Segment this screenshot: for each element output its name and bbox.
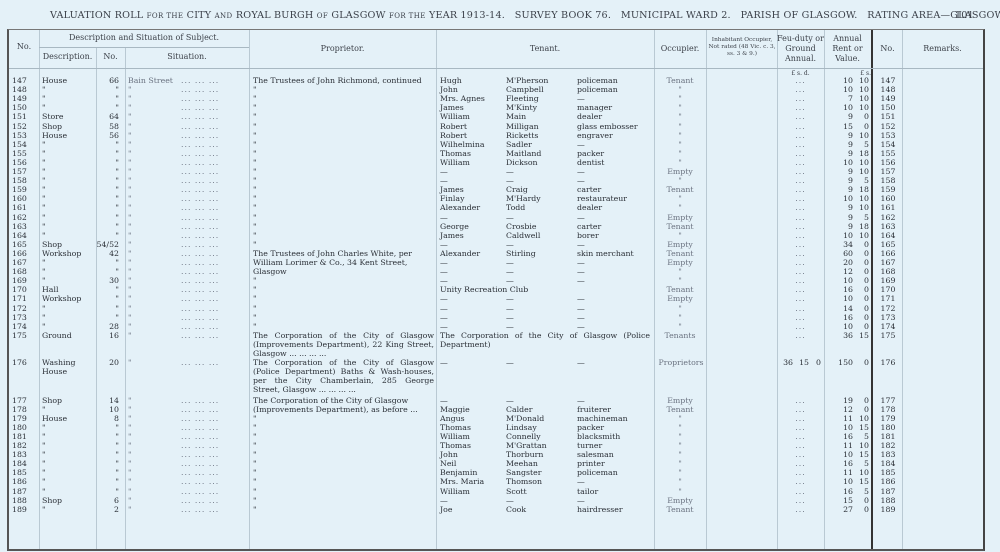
tenant-surname: — (506, 276, 576, 285)
description: " (42, 405, 96, 414)
row-number: 159 (12, 185, 38, 194)
tenant-occupation: dealer (577, 112, 643, 121)
proprietor: The Trustees of John Richmond, continued (253, 76, 434, 85)
row-number-right: 171 (874, 294, 902, 303)
feu-duty: ... (777, 423, 824, 432)
tenant-surname: — (506, 213, 576, 222)
description: " (42, 423, 96, 432)
row-number-right: 151 (874, 112, 902, 121)
description: " (42, 450, 96, 459)
tenant-surname: Crosbie (506, 222, 576, 231)
annual-shillings: 0 (853, 112, 869, 121)
annual-pounds: 7 (824, 94, 853, 103)
feu-duty: ... (777, 185, 824, 194)
description: " (42, 194, 96, 203)
description: " (42, 103, 96, 112)
situation: " (128, 304, 178, 313)
occupier: Tenant (656, 76, 704, 85)
tenant-first-name: — (440, 267, 510, 276)
occupier: Empty (656, 213, 704, 222)
annual-pounds: 11 (824, 468, 853, 477)
situation: " (128, 258, 178, 267)
tenant-surname: Milligan (506, 122, 576, 131)
row-number: 151 (12, 112, 38, 121)
feu-duty: ... (777, 149, 824, 158)
annual-shillings: 0 (853, 285, 869, 294)
tenant-surname: Calder (506, 405, 576, 414)
tenant-surname: — (506, 322, 576, 331)
street-number: " (95, 441, 119, 450)
proprietor: " (253, 313, 434, 322)
row-number-right: 186 (874, 477, 902, 486)
situation: " (128, 313, 178, 322)
description: Shop (42, 122, 96, 131)
tenant-first-name: Robert (440, 131, 510, 140)
annual-pounds: 16 (824, 459, 853, 468)
feu-duty: ... (777, 76, 824, 85)
annual-pounds: 16 (824, 285, 853, 294)
dot-leader: ... ... ... (181, 249, 247, 258)
occupier: " (656, 231, 704, 240)
annual-pounds: 34 (824, 240, 853, 249)
tenant-occupation: machineman (577, 414, 643, 423)
row-number: 148 (12, 85, 38, 94)
annual-pounds: 12 (824, 267, 853, 276)
dot-leader: ... ... ... (181, 496, 247, 505)
tenant-first-name: James (440, 103, 510, 112)
tenant-first-name: Joe (440, 505, 510, 514)
feu-duty: ... (777, 231, 824, 240)
tenant-occupation: — (577, 140, 643, 149)
occupier: " (656, 122, 704, 131)
dot-leader: ... ... ... (181, 423, 247, 432)
proprietor: " (253, 285, 434, 294)
occupier: " (656, 203, 704, 212)
annual-shillings: 0 (853, 276, 869, 285)
annual-shillings: 0 (853, 358, 869, 367)
occupier: Empty (656, 167, 704, 176)
row-number-right: 174 (874, 322, 902, 331)
feu-duty: ... (777, 294, 824, 303)
dot-leader: ... ... ... (181, 112, 247, 121)
dot-leader: ... ... ... (181, 313, 247, 322)
situation: " (128, 285, 178, 294)
occupier: Tenant (656, 249, 704, 258)
occupier: Empty (656, 496, 704, 505)
title-part: FOR THE (147, 12, 184, 20)
feu-duty: ... (777, 331, 824, 340)
tenant-first-name: Finlay (440, 194, 510, 203)
street-number: 66 (95, 76, 119, 85)
annual-pounds: 10 (824, 450, 853, 459)
situation: " (128, 267, 178, 276)
tenant-occupation: printer (577, 459, 643, 468)
feu-duty: ... (777, 167, 824, 176)
annual-shillings: 0 (853, 249, 869, 258)
situation: Bain Street (128, 76, 178, 85)
description: " (42, 149, 96, 158)
proprietor: The Corporation of the City of Glasgow (253, 396, 434, 405)
feu-duty: ... (777, 103, 824, 112)
annual-shillings: 0 (853, 122, 869, 131)
street-number: 64 (95, 112, 119, 121)
street-number: " (95, 432, 119, 441)
dot-leader: ... ... ... (181, 167, 247, 176)
row-number-right: 147 (874, 76, 902, 85)
row-number: 155 (12, 149, 38, 158)
street-number: " (95, 423, 119, 432)
annual-pounds: 9 (824, 203, 853, 212)
dot-leader: ... ... ... (181, 450, 247, 459)
annual-pounds: 10 (824, 322, 853, 331)
street-number: 6 (95, 496, 119, 505)
situation: " (128, 240, 178, 249)
occupier: " (656, 450, 704, 459)
dot-leader: ... ... ... (181, 203, 247, 212)
situation: " (128, 167, 178, 176)
annual-shillings: 5 (853, 140, 869, 149)
row-number-right: 150 (874, 103, 902, 112)
tenant-occupation: engraver (577, 131, 643, 140)
header-divider (39, 47, 249, 48)
description: " (42, 167, 96, 176)
street-number: " (95, 487, 119, 496)
street-number: " (95, 231, 119, 240)
dot-leader: ... ... ... (181, 459, 247, 468)
occupier: Tenant (656, 405, 704, 414)
proprietor: " (253, 131, 434, 140)
tenant-occupation: dentist (577, 158, 643, 167)
proprietor: " (253, 450, 434, 459)
occupier: Tenant (656, 222, 704, 231)
description: " (42, 441, 96, 450)
title-part: GLASGOW (331, 10, 385, 21)
row-number-right: 183 (874, 450, 902, 459)
proprietor: " (253, 167, 434, 176)
street-number: 30 (95, 276, 119, 285)
occupier: " (656, 103, 704, 112)
tenant-occupation: — (577, 294, 643, 303)
annual-shillings: 0 (853, 496, 869, 505)
feu-duty: ... (777, 222, 824, 231)
annual-shillings: 5 (853, 459, 869, 468)
annual-pounds: 150 (824, 358, 853, 367)
tenant-first-name: — (440, 213, 510, 222)
annual-shillings: 15 (853, 331, 869, 340)
col-header-no: No. (9, 42, 39, 52)
description: House (42, 414, 96, 423)
row-number-right: 179 (874, 414, 902, 423)
annual-pounds: 10 (824, 76, 853, 85)
dot-leader: ... ... ... (181, 285, 247, 294)
tenant-first-name: George (440, 222, 510, 231)
tenant-occupation: — (577, 258, 643, 267)
annual-shillings: 10 (853, 94, 869, 103)
row-number: 184 (12, 459, 38, 468)
row-number: 164 (12, 231, 38, 240)
tenant-surname: Campbell (506, 85, 576, 94)
row-number-right: 180 (874, 423, 902, 432)
street-number: " (95, 477, 119, 486)
annual-shillings: 10 (853, 194, 869, 203)
situation: " (128, 213, 178, 222)
occupier: " (656, 149, 704, 158)
row-number-right: 164 (874, 231, 902, 240)
row-number-right: 181 (874, 432, 902, 441)
tenant-occupation: — (577, 276, 643, 285)
tenant-first-name: James (440, 185, 510, 194)
row-number: 163 (12, 222, 38, 231)
row-number-right: 184 (874, 459, 902, 468)
description: Shop (42, 496, 96, 505)
dot-leader: ... ... ... (181, 76, 247, 85)
row-number-right: 182 (874, 441, 902, 450)
annual-shillings: 10 (853, 85, 869, 94)
parish: PARISH OF GLASGOW. (741, 10, 858, 21)
tenant-surname: — (506, 258, 576, 267)
row-number: 189 (12, 505, 38, 514)
dot-leader: ... ... ... (181, 405, 247, 414)
row-number: 153 (12, 131, 38, 140)
col-header-no-right: No. (873, 44, 902, 54)
annual-pounds: 27 (824, 505, 853, 514)
annual-shillings: 0 (853, 313, 869, 322)
tenant-surname: Connelly (506, 432, 576, 441)
feu-duty: ... (777, 396, 824, 405)
tenant-surname: — (506, 358, 576, 367)
occupier: Tenant (656, 505, 704, 514)
tenant-first-name: — (440, 294, 510, 303)
street-number: " (95, 222, 119, 231)
row-number: 152 (12, 122, 38, 131)
situation: " (128, 231, 178, 240)
proprietor: " (253, 496, 434, 505)
proprietor: " (253, 194, 434, 203)
dot-leader: ... ... ... (181, 103, 247, 112)
situation: " (128, 249, 178, 258)
tenant-first-name: Alexander (440, 249, 510, 258)
occupier: " (656, 94, 704, 103)
annual-shillings: 0 (853, 405, 869, 414)
annual-shillings: 18 (853, 185, 869, 194)
occupier: " (656, 487, 704, 496)
street-number: " (95, 313, 119, 322)
tenant-surname: M'Pherson (506, 76, 576, 85)
dot-leader: ... ... ... (181, 487, 247, 496)
tenant-occupation: dealer (577, 203, 643, 212)
row-number: 165 (12, 240, 38, 249)
street-number: 14 (95, 396, 119, 405)
row-number-right: 154 (874, 140, 902, 149)
situation: " (128, 176, 178, 185)
proprietor: " (253, 505, 434, 514)
tenant-surname: Sangster (506, 468, 576, 477)
tenant-first-name: Robert (440, 122, 510, 131)
annual-shillings: 10 (853, 441, 869, 450)
dot-leader: ... ... ... (181, 194, 247, 203)
proprietor: " (253, 222, 434, 231)
situation: " (128, 140, 178, 149)
tenant-occupation: — (577, 358, 643, 367)
description: " (42, 304, 96, 313)
description: " (42, 267, 96, 276)
description: Shop (42, 396, 96, 405)
situation: " (128, 294, 178, 303)
row-number-right: 165 (874, 240, 902, 249)
occupier: " (656, 267, 704, 276)
row-number-right: 178 (874, 405, 902, 414)
description: Shop (42, 240, 96, 249)
row-number: 175 (12, 331, 38, 340)
dot-leader: ... ... ... (181, 240, 247, 249)
tenant-first-name: — (440, 358, 510, 367)
tenant-occupation: turner (577, 441, 643, 450)
feu-duty: ... (777, 414, 824, 423)
occupier: Empty (656, 240, 704, 249)
col-divider (39, 30, 40, 549)
annual-shillings: 10 (853, 158, 869, 167)
row-number: 181 (12, 432, 38, 441)
title-part: VALUATION ROLL (50, 10, 143, 21)
annual-pounds: 9 (824, 176, 853, 185)
dot-leader: ... ... ... (181, 505, 247, 514)
situation: " (128, 468, 178, 477)
annual-pounds: 9 (824, 140, 853, 149)
page-header: VALUATION ROLL FOR THE CITY AND ROYAL BU… (0, 10, 1000, 24)
description: " (42, 85, 96, 94)
description: " (42, 459, 96, 468)
proprietor: Glasgow (253, 267, 434, 276)
tenant-surname: Cook (506, 505, 576, 514)
row-number: 161 (12, 203, 38, 212)
dot-leader: ... ... ... (181, 131, 247, 140)
row-number: 158 (12, 176, 38, 185)
tenant-surname: — (506, 294, 576, 303)
row-number: 170 (12, 285, 38, 294)
tenant-first-name: Benjamin (440, 468, 510, 477)
street-number: 42 (95, 249, 119, 258)
tenant-occupation: — (577, 240, 643, 249)
tenant-first-name: Angus (440, 414, 510, 423)
tenant-first-name: Mrs. Agnes (440, 94, 510, 103)
situation: " (128, 358, 178, 367)
description: " (42, 222, 96, 231)
dot-leader: ... ... ... (181, 441, 247, 450)
description: " (42, 140, 96, 149)
situation: " (128, 203, 178, 212)
dot-leader: ... ... ... (181, 158, 247, 167)
annual-shillings: 0 (853, 396, 869, 405)
proprietor: William Lorimer & Co., 34 Kent Street, (253, 258, 434, 267)
tenant-surname: — (506, 267, 576, 276)
feu-duty: ... (777, 240, 824, 249)
tenant: The Corporation of the City of Glasgow (… (440, 331, 650, 349)
occupier: " (656, 112, 704, 121)
annual-shillings: 10 (853, 131, 869, 140)
occupier: " (656, 313, 704, 322)
row-number: 167 (12, 258, 38, 267)
row-number-right: 158 (874, 176, 902, 185)
description: Workshop (42, 249, 96, 258)
row-number-right: 172 (874, 304, 902, 313)
occupier: Empty (656, 396, 704, 405)
annual-shillings: 10 (853, 103, 869, 112)
description: " (42, 322, 96, 331)
annual-shillings: 5 (853, 432, 869, 441)
row-number-right: 185 (874, 468, 902, 477)
occupier: " (656, 441, 704, 450)
description: " (42, 203, 96, 212)
row-number: 183 (12, 450, 38, 459)
situation: " (128, 423, 178, 432)
proprietor: " (253, 203, 434, 212)
tenant-occupation: skin merchant (577, 249, 643, 258)
row-number: 177 (12, 396, 38, 405)
street-number: " (95, 176, 119, 185)
street-number: " (95, 267, 119, 276)
annual-pounds: 16 (824, 432, 853, 441)
street-number: " (95, 103, 119, 112)
annual-pounds: 16 (824, 313, 853, 322)
proprietor: " (253, 185, 434, 194)
annual-shillings: 10 (853, 414, 869, 423)
feu-duty: ... (777, 459, 824, 468)
title-part: OF (317, 12, 328, 20)
col-header-occupier: Occupier. (654, 44, 706, 54)
proprietor: " (253, 158, 434, 167)
annual-shillings: 18 (853, 222, 869, 231)
feu-duty: ... (777, 213, 824, 222)
situation: " (128, 450, 178, 459)
tenant-surname: Meehan (506, 459, 576, 468)
occupier: " (656, 158, 704, 167)
tenant-surname: Fleeting (506, 94, 576, 103)
tenant-occupation: tailor (577, 487, 643, 496)
tenant-surname: M'Kinty (506, 103, 576, 112)
col-divider (249, 30, 250, 549)
col-header-proprietor: Proprietor. (249, 44, 436, 54)
row-number: 182 (12, 441, 38, 450)
annual-pounds: 10 (824, 194, 853, 203)
tenant-first-name: William (440, 487, 510, 496)
feu-duty: ... (777, 313, 824, 322)
dot-leader: ... ... ... (181, 122, 247, 131)
row-number: 185 (12, 468, 38, 477)
tenant-occupation: — (577, 477, 643, 486)
tenant-surname: Todd (506, 203, 576, 212)
feu-duty: ... (777, 112, 824, 121)
tenant-occupation: hairdresser (577, 505, 643, 514)
row-number: 179 (12, 414, 38, 423)
col-divider (654, 30, 655, 549)
page-number: 101 (955, 10, 974, 21)
proprietor: (Improvements Department), as before ... (253, 405, 434, 414)
row-number-right: 167 (874, 258, 902, 267)
tenant-surname: Ricketts (506, 131, 576, 140)
proprietor: " (253, 432, 434, 441)
annual-shillings: 18 (853, 149, 869, 158)
proprietor: " (253, 414, 434, 423)
tenant-first-name: Thomas (440, 149, 510, 158)
proprietor: " (253, 294, 434, 303)
tenant-occupation: — (577, 313, 643, 322)
situation: " (128, 496, 178, 505)
situation: " (128, 103, 178, 112)
annual-shillings: 15 (853, 477, 869, 486)
street-number: " (95, 94, 119, 103)
tenant-occupation: salesman (577, 450, 643, 459)
annual-pounds: 15 (824, 496, 853, 505)
